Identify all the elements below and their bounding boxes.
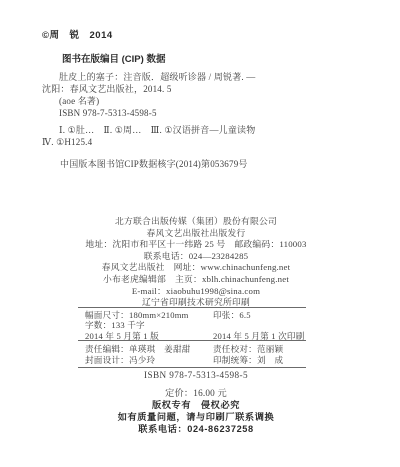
price: 定价：16.00 元 (0, 385, 392, 399)
staff-section: 责任编辑：单瑛琪 姜甜甜 责任校对：范丽颖 封面设计：冯少玲 印制统筹：刘 成 (78, 341, 306, 368)
impression-info: 2014 年 5 月第 1 次印刷 (213, 331, 305, 341)
copyright-notice: ©周 锐 2014 (42, 27, 113, 41)
cip-classification-line: Ⅰ. ①肚… Ⅱ. ①周… Ⅲ. ①汉语拼音—儿童读物 (42, 125, 332, 137)
copyright-warning: 版权专有 侵权必究 (0, 400, 392, 412)
print-coordinator: 印制统筹：刘 成 (213, 355, 283, 366)
publisher-imprint: 春风文艺出版社出版发行 (0, 228, 392, 240)
publisher-phone: 联系电话：024—23284285 (0, 251, 392, 263)
isbn-number: ISBN 978-7-5313-4598-5 (0, 370, 392, 380)
colophon-page: ©周 锐 2014 图书在版编目 (CIP) 数据 肚皮上的塞子：注音版．超级听… (0, 0, 400, 467)
exchange-phone: 联系电话：024-86237258 (0, 424, 392, 436)
cip-entry: 肚皮上的塞子：注音版．超级听诊器 / 周锐著. — 沈阳：春风文艺出版社，201… (42, 71, 332, 119)
cip-isbn-line: ISBN 978-7-5313-4598-5 (42, 107, 332, 119)
printing-specs-section: 幅面尺寸：180mm×210mm 印张：6.5 字数：133 千字 2014 年… (78, 308, 306, 341)
cip-publisher-line: 沈阳：春风文艺出版社，2014. 5 (42, 83, 332, 95)
format-spec: 幅面尺寸：180mm×210mm (85, 310, 189, 320)
publisher-block: 北方联合出版传媒（集团）股份有限公司 春风文艺出版社出版发行 地址：沈阳市和平区… (0, 216, 392, 309)
edition-info: 2014 年 5 月第 1 版 (85, 331, 159, 341)
cip-classification-continuation: Ⅳ. ①H125.4 (42, 137, 332, 149)
responsible-proofreader: 责任校对：范丽颖 (213, 344, 283, 355)
print-info-table: 幅面尺寸：180mm×210mm 印张：6.5 字数：133 千字 2014 年… (78, 307, 306, 368)
word-count: 字数：133 千字 (85, 320, 145, 330)
publisher-email: E-mail：xiaobuhu1998@sina.com (0, 286, 392, 298)
publisher-company: 北方联合出版传媒（集团）股份有限公司 (0, 216, 392, 228)
responsible-editor: 责任编辑：单瑛琪 姜甜甜 (85, 344, 191, 354)
publisher-address: 地址：沈阳市和平区十一纬路 25 号 邮政编码：110003 (0, 239, 392, 251)
publisher-website: 春风文艺出版社 网址：www.chinachunfeng.net (0, 262, 392, 274)
sheet-count: 印张：6.5 (213, 310, 251, 320)
copyright-warning-block: 版权专有 侵权必究 如有质量问题，请与印刷厂联系调换 联系电话：024-8623… (0, 400, 392, 435)
cip-header: 图书在版编目 (CIP) 数据 (62, 51, 165, 65)
cip-series-line: (aoe 名著) (42, 95, 332, 107)
cip-classification: Ⅰ. ①肚… Ⅱ. ①周… Ⅲ. ①汉语拼音—儿童读物 Ⅳ. ①H125.4 (42, 125, 332, 148)
cip-title-line: 肚皮上的塞子：注音版．超级听诊器 / 周锐著. — (42, 71, 332, 83)
cover-designer: 封面设计：冯少玲 (85, 355, 155, 365)
quality-notice: 如有质量问题，请与印刷厂联系调换 (0, 412, 392, 424)
editorial-homepage: 小布老虎编辑部 主页：xblh.chinachunfeng.net (0, 274, 392, 286)
cip-record-number: 中国版本图书馆CIP数据核字(2014)第053679号 (60, 157, 248, 170)
